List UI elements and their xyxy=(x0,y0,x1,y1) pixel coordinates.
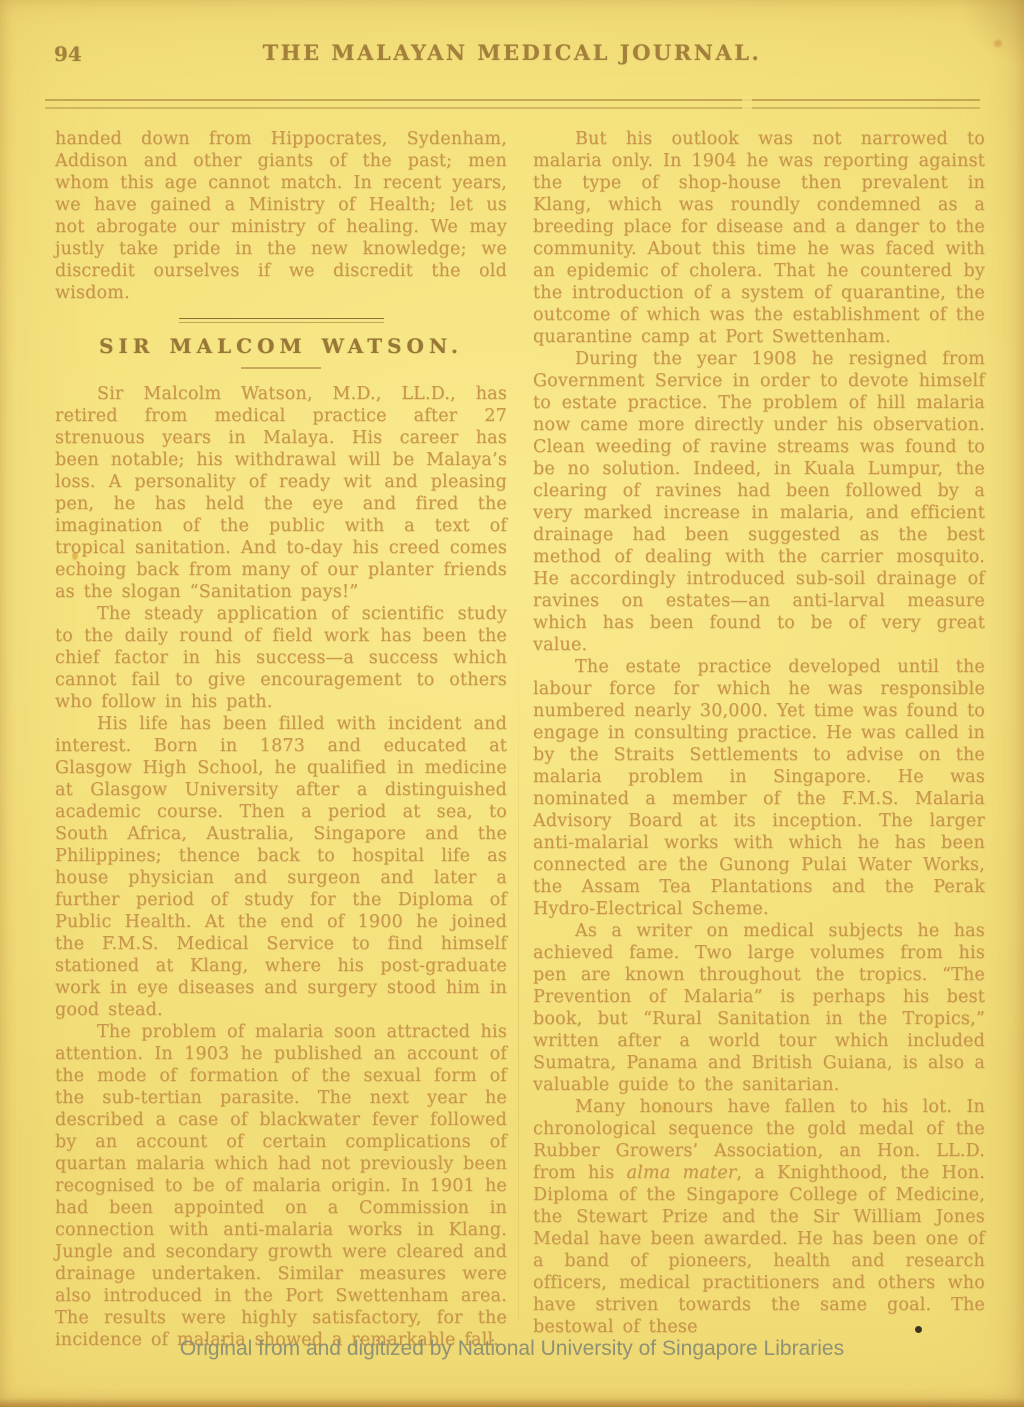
alma-mater-italic: alma mater xyxy=(627,1163,737,1183)
paragraph-career-summary: Sir Malcolm Watson, M.D., LL.D., has ret… xyxy=(55,383,507,603)
ink-dot-artifact xyxy=(915,1326,922,1333)
digitization-credit: Original from and digitized by National … xyxy=(0,1337,1024,1361)
header-double-rule xyxy=(45,99,980,109)
paragraph-malaria-problem: The problem of malaria soon attracted hi… xyxy=(55,1021,507,1351)
section-heading: SIR MALCOM WATSON. xyxy=(55,335,507,357)
paragraph-estate-practice-1908: During the year 1908 he resigned from Go… xyxy=(533,348,985,656)
page-bottom-edge-shadow xyxy=(0,1398,1024,1407)
paper-speck xyxy=(72,552,78,560)
paragraph-labour-force-advisory: The estate practice developed until the … xyxy=(533,656,985,920)
scanned-journal-page: 94 THE MALAYAN MEDICAL JOURNAL. handed d… xyxy=(0,0,1024,1407)
scan-corner-smudge xyxy=(964,0,1024,70)
paragraph-outlook-cholera: But his outlook was not narrowed to mala… xyxy=(533,128,985,348)
paragraph-scientific-study: The steady application of scientific stu… xyxy=(55,603,507,713)
paragraph-writer-books: As a writer on medical subjects he has a… xyxy=(533,920,985,1096)
article-column-left: handed down from Hippocrates, Sydenham, … xyxy=(55,128,507,1351)
paragraph-early-life: His life has been filled with incident a… xyxy=(55,713,507,1021)
article-column-right: But his outlook was not narrowed to mala… xyxy=(533,128,985,1338)
column-divider-crease xyxy=(518,620,519,1320)
section-heading-block: SIR MALCOM WATSON. xyxy=(55,318,507,369)
header-rule-gap xyxy=(742,96,752,110)
honours-text-end: , a Knighthood, the Hon. Diploma of the … xyxy=(533,1163,985,1337)
paper-speck xyxy=(994,40,1002,47)
journal-title: THE MALAYAN MEDICAL JOURNAL. xyxy=(0,40,1024,65)
heading-rule-bottom xyxy=(241,367,321,369)
heading-rule-top xyxy=(179,318,384,323)
paper-speck xyxy=(660,1105,667,1111)
paragraph-continued-from-previous-page: handed down from Hippocrates, Sydenham, … xyxy=(55,128,507,304)
paragraph-honours: Many honours have fallen to his lot. In … xyxy=(533,1096,985,1338)
